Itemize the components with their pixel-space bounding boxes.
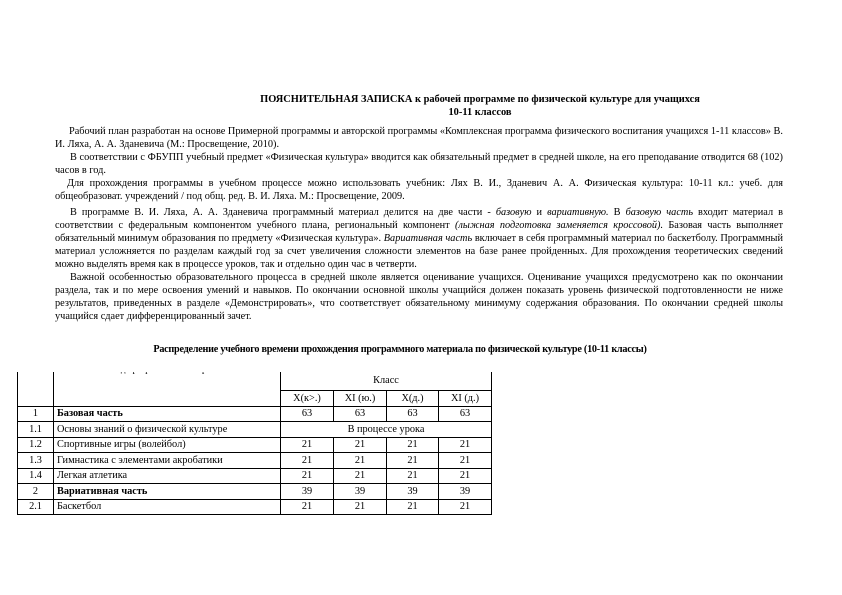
p4-text-e: В (609, 207, 626, 218)
row-hours-value: 21 (387, 499, 439, 515)
paragraph-3: Для прохождения программы в учебном проц… (55, 178, 783, 204)
row-hours-value: 63 (281, 406, 334, 422)
explanatory-text: Рабочий план разработан на основе Пример… (55, 126, 783, 324)
table-row: 2.1Баскетбол21212121 (18, 499, 492, 515)
row-hours-value: 21 (334, 499, 387, 515)
row-hours-value: 21 (439, 499, 492, 515)
title-line-1: ПОЯСНИТЕЛЬНАЯ ЗАПИСКА к рабочей программ… (220, 94, 740, 107)
row-hours-value: 21 (439, 453, 492, 469)
paragraph-2: В соответствии с ФБУПП учебный предмет «… (55, 152, 783, 178)
row-number: 1.1 (18, 422, 54, 438)
row-hours-value: 63 (387, 406, 439, 422)
header-material: Вид программного материала (54, 372, 281, 406)
row-hours-value: 21 (334, 437, 387, 453)
hours-distribution-table: №п/п Вид программного материала Класс X(… (17, 372, 492, 515)
paragraph-5: Важной особенностью образовательного про… (55, 272, 783, 324)
header-num: №п/п (18, 372, 54, 406)
header-class-col: X(д.) (387, 390, 439, 406)
row-hours-value: 63 (334, 406, 387, 422)
row-hours-value: 63 (439, 406, 492, 422)
row-hours-value: 39 (387, 484, 439, 500)
p4-italic-ski: (лыжная подготовка заменяется кроссовой)… (455, 220, 663, 231)
row-material: Вариативная часть (54, 484, 281, 500)
row-hours-value: 21 (334, 453, 387, 469)
document-title: ПОЯСНИТЕЛЬНАЯ ЗАПИСКА к рабочей программ… (220, 94, 740, 119)
row-hours-value: 21 (281, 468, 334, 484)
row-hours-value: 21 (439, 468, 492, 484)
table-row: 1.4Легкая атлетика21212121 (18, 468, 492, 484)
row-hours-value: 21 (281, 453, 334, 469)
row-material: Легкая атлетика (54, 468, 281, 484)
title-line-2: 10-11 классов (220, 107, 740, 120)
paragraph-4: В программе В. И. Ляха, А. А. Зданевича … (55, 207, 783, 272)
header-class-col: XI (д.) (439, 390, 492, 406)
row-number: 1.4 (18, 468, 54, 484)
row-number: 1 (18, 406, 54, 422)
p4-text-a: В программе В. И. Ляха, А. А. Зданевича … (70, 207, 496, 218)
row-material: Базовая часть (54, 406, 281, 422)
header-class-col: X(к>.) (281, 390, 334, 406)
row-number: 2 (18, 484, 54, 500)
p4-italic-variative: вариативную. (547, 207, 609, 218)
paragraph-1: Рабочий план разработан на основе Пример… (55, 126, 783, 152)
p4-text-c: и (531, 207, 547, 218)
table-row: 1Базовая часть63636363 (18, 406, 492, 422)
p4-italic-variative-part: Вариативная часть (384, 233, 472, 244)
row-hours-value: 21 (387, 453, 439, 469)
table-row: 1.1Основы знаний о физической культуреВ … (18, 422, 492, 438)
row-number: 2.1 (18, 499, 54, 515)
row-hours-value: 39 (334, 484, 387, 500)
hours-table-viewport: №п/п Вид программного материала Класс X(… (17, 372, 492, 522)
row-hours-value: 21 (387, 468, 439, 484)
row-material: Баскетбол (54, 499, 281, 515)
table-row: 1.2Спортивные игры (волейбол)21212121 (18, 437, 492, 453)
p4-italic-base-part: базовую часть (626, 207, 693, 218)
p4-italic-base: базовую (496, 207, 532, 218)
row-hours-value: 21 (281, 499, 334, 515)
header-class: Класс (281, 372, 492, 390)
table-row: 2Вариативная часть39393939 (18, 484, 492, 500)
table-row: 1.3Гимнастика с элементами акробатики212… (18, 453, 492, 469)
row-hours-value: 39 (281, 484, 334, 500)
row-hours-value: 21 (439, 437, 492, 453)
row-number: 1.2 (18, 437, 54, 453)
row-hours-value: 21 (387, 437, 439, 453)
row-merged-value: В процессе урока (281, 422, 492, 438)
row-material: Основы знаний о физической культуре (54, 422, 281, 438)
row-hours-value: 39 (439, 484, 492, 500)
row-hours-value: 21 (334, 468, 387, 484)
header-class-col: XI (ю.) (334, 390, 387, 406)
row-hours-value: 21 (281, 437, 334, 453)
row-material: Спортивные игры (волейбол) (54, 437, 281, 453)
row-number: 1.3 (18, 453, 54, 469)
table-title: Распределение учебного времени прохожден… (60, 344, 740, 355)
row-material: Гимнастика с элементами акробатики (54, 453, 281, 469)
